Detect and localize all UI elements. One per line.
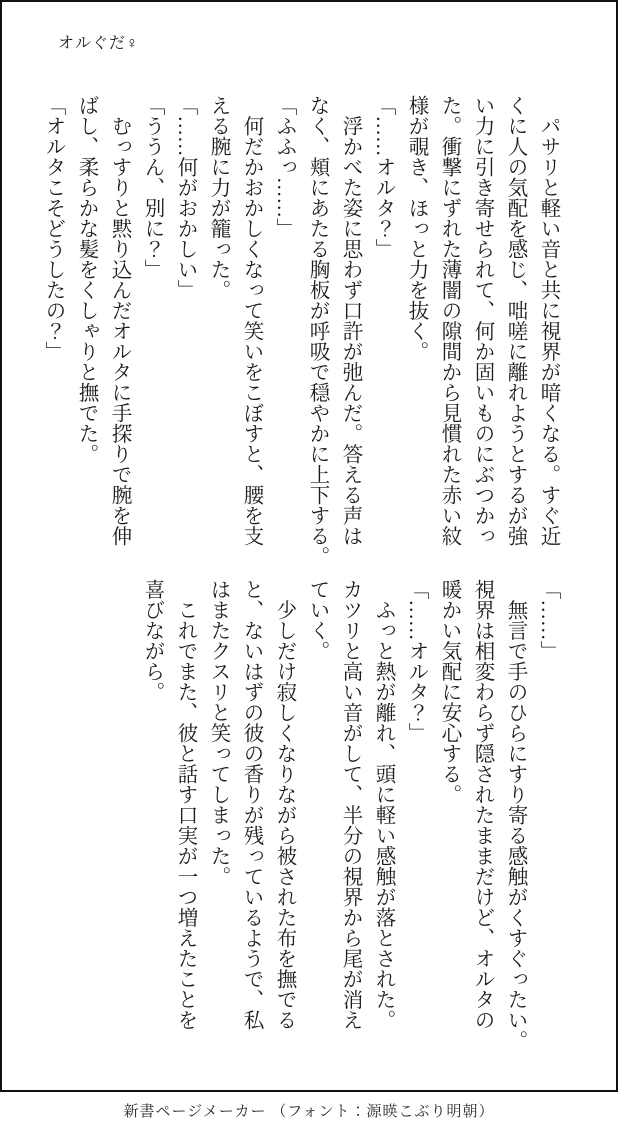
text-line: た。衝撃にずれた薄闇の隙間から見慣れた赤い紋 [432, 95, 465, 548]
text-line: 浮かべた姿に思わず口許が弛んだ。答える声は [333, 95, 366, 548]
text-line: ばし、柔らかな髪をくしゃりと撫でた。 [69, 95, 102, 548]
text-line: 「ううん、別に？」 [135, 95, 168, 548]
text-line: 「……オルタ？」 [366, 95, 399, 548]
text-line: 「……オルタ？」 [399, 579, 432, 1032]
footer-credit: 新書ページメーカー （フォント：源暎こぶり明朝） [0, 1100, 618, 1121]
text-line: 暖かい気配に安心する。 [432, 579, 465, 1032]
manuscript-page: オルぐだ♀ パサリと軽い音と共に視界が暗くなる。すぐ近くに人の気配を感じ、咄嗟に… [0, 0, 618, 1092]
page-canvas: オルぐだ♀ パサリと軽い音と共に視界が暗くなる。すぐ近くに人の気配を感じ、咄嗟に… [0, 0, 618, 1132]
text-line: 「……」 [531, 579, 564, 1032]
text-line: はまたクスリと笑ってしまった。 [201, 579, 234, 1032]
text-line: パサリと軽い音と共に視界が暗くなる。すぐ近 [531, 95, 564, 548]
text-line: これでまた、彼と話す口実が一つ増えたことを [168, 579, 201, 1032]
text-block-lower: 「……」 無言で手のひらにすり寄る感触がくすぐったい。視界は相変わらず隠されたま… [135, 579, 564, 1032]
text-line: い力に引き寄せられて、何か固いものにぶつかっ [465, 95, 498, 548]
text-line: なく、頬にあたる胸板が呼吸で穏やかに上下する。 [300, 95, 333, 548]
text-line: 何だかおかしくなって笑いをこぼすと、腰を支 [234, 95, 267, 548]
text-line: 視界は相変わらず隠されたままだけど、オルタの [465, 579, 498, 1032]
text-line: える腕に力が籠った。 [201, 95, 234, 548]
text-line: カツリと高い音がして、半分の視界から尾が消え [333, 579, 366, 1032]
text-line: ていく。 [300, 579, 333, 1032]
text-line: 少しだけ寂しくなりながら被された布を撫でる [267, 579, 300, 1032]
text-line: 喜びながら。 [135, 579, 168, 1032]
text-line: むっすりと黙り込んだオルタに手探りで腕を伸 [102, 95, 135, 548]
text-line: 「ふふっ……」 [267, 95, 300, 548]
text-block-upper: パサリと軽い音と共に視界が暗くなる。すぐ近くに人の気配を感じ、咄嗟に離れようとす… [36, 95, 564, 548]
text-line: 無言で手のひらにすり寄る感触がくすぐったい。 [498, 579, 531, 1032]
text-line: ふっと熱が離れ、頭に軽い感触が落とされた。 [366, 579, 399, 1032]
text-line: 「オルタこそどうしたの？」 [36, 95, 69, 548]
text-line: 「……何がおかしい」 [168, 95, 201, 548]
text-line: くに人の気配を感じ、咄嗟に離れようとするが強 [498, 95, 531, 548]
text-line: と、ないはずの彼の香りが残っているようで、私 [234, 579, 267, 1032]
page-title: オルぐだ♀ [58, 30, 139, 53]
text-line: 様が覗き、ほっと力を抜く。 [399, 95, 432, 548]
